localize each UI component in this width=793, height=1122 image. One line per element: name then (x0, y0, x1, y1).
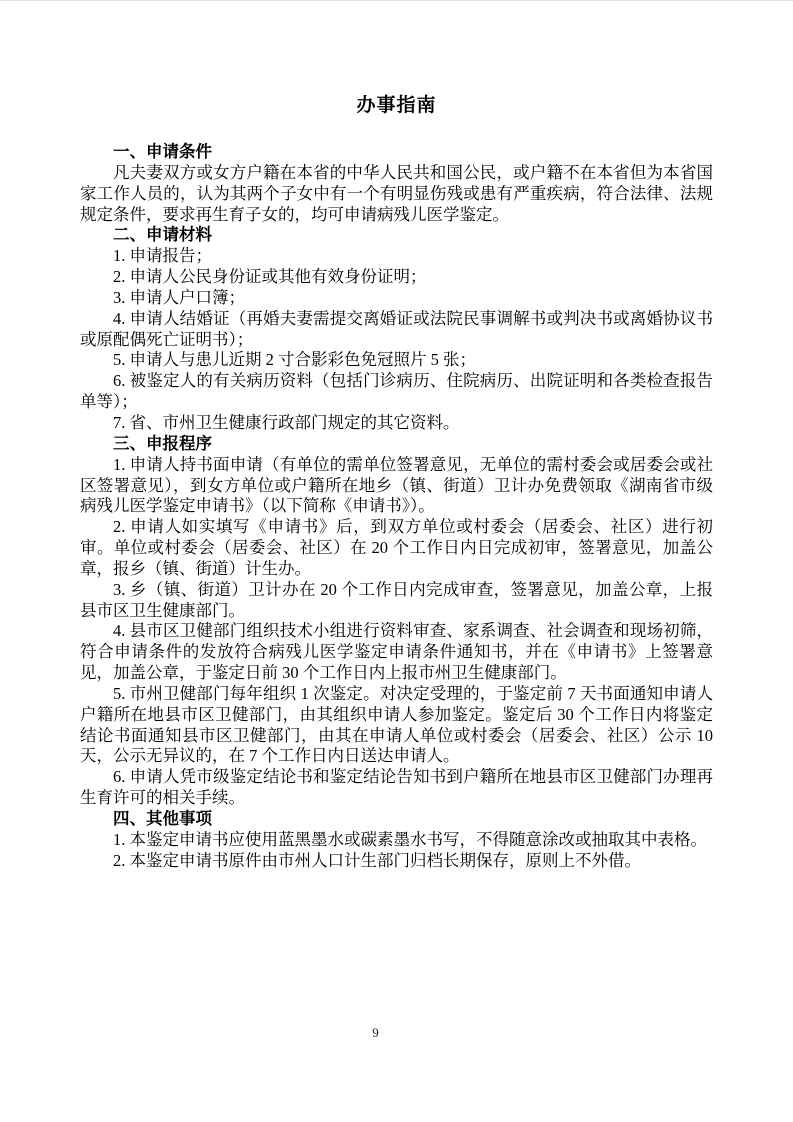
list-item: 1. 本鉴定申请书应使用蓝黑墨水或碳素墨水书写，不得随意涂改或抽取其中表格。 (80, 830, 713, 851)
list-item: 2. 申请人如实填写《申请书》后，到双方单位或村委会（居委会、社区）进行初审。单… (80, 517, 713, 580)
list-item: 3. 乡（镇、街道）卫计办在 20 个工作日内完成审查，签署意见，加盖公章，上报… (80, 580, 713, 622)
section-application-conditions: 一、申请条件 凡夫妻双方或女方户籍在本省的中华人民共和国公民，或户籍不在本省但为… (80, 142, 713, 225)
list-item: 4. 县市区卫健部门组织技术小组进行资料审查、家系调查、社会调查和现场初筛，符合… (80, 621, 713, 684)
section-heading-4: 四、其他事项 (80, 809, 713, 830)
paragraph: 凡夫妻双方或女方户籍在本省的中华人民共和国公民，或户籍不在本省但为本省国家工作人… (80, 163, 713, 226)
list-item: 3. 申请人户口簿； (80, 288, 713, 309)
list-item: 5. 市州卫健部门每年组织 1 次鉴定。对决定受理的，于鉴定前 7 天书面通知申… (80, 684, 713, 767)
list-item: 1. 申请报告； (80, 246, 713, 267)
list-item: 6. 申请人凭市级鉴定结论书和鉴定结论告知书到户籍所在地县市区卫健部门办理再生育… (80, 767, 713, 809)
section-other-matters: 四、其他事项 1. 本鉴定申请书应使用蓝黑墨水或碳素墨水书写，不得随意涂改或抽取… (80, 809, 713, 872)
list-item: 7. 省、市州卫生健康行政部门规定的其它资料。 (80, 413, 713, 434)
list-item: 1. 申请人持书面申请（有单位的需单位签署意见，无单位的需村委会或居委会或社区签… (80, 455, 713, 518)
page-number: 9 (0, 1024, 772, 1042)
list-item: 6. 被鉴定人的有关病历资料（包括门诊病历、住院病历、出院证明和各类检查报告单等… (80, 371, 713, 413)
page-title: 办事指南 (80, 92, 713, 119)
section-application-materials: 二、申请材料 1. 申请报告； 2. 申请人公民身份证或其他有效身份证明； 3.… (80, 225, 713, 433)
section-heading-2: 二、申请材料 (80, 225, 713, 246)
list-item: 5. 申请人与患儿近期 2 寸合影彩色免冠照片 5 张； (80, 350, 713, 371)
section-heading-1: 一、申请条件 (80, 142, 713, 163)
list-item: 4. 申请人结婚证（再婚夫妻需提交离婚证或法院民事调解书或判决书或离婚协议书或原… (80, 309, 713, 351)
section-heading-3: 三、申报程序 (80, 434, 713, 455)
section-application-procedure: 三、申报程序 1. 申请人持书面申请（有单位的需单位签署意见，无单位的需村委会或… (80, 434, 713, 809)
list-item: 2. 申请人公民身份证或其他有效身份证明； (80, 267, 713, 288)
list-item: 2. 本鉴定申请书原件由市州人口计生部门归档长期保存，原则上不外借。 (80, 851, 713, 872)
document-page: 办事指南 一、申请条件 凡夫妻双方或女方户籍在本省的中华人民共和国公民，或户籍不… (0, 0, 793, 1122)
